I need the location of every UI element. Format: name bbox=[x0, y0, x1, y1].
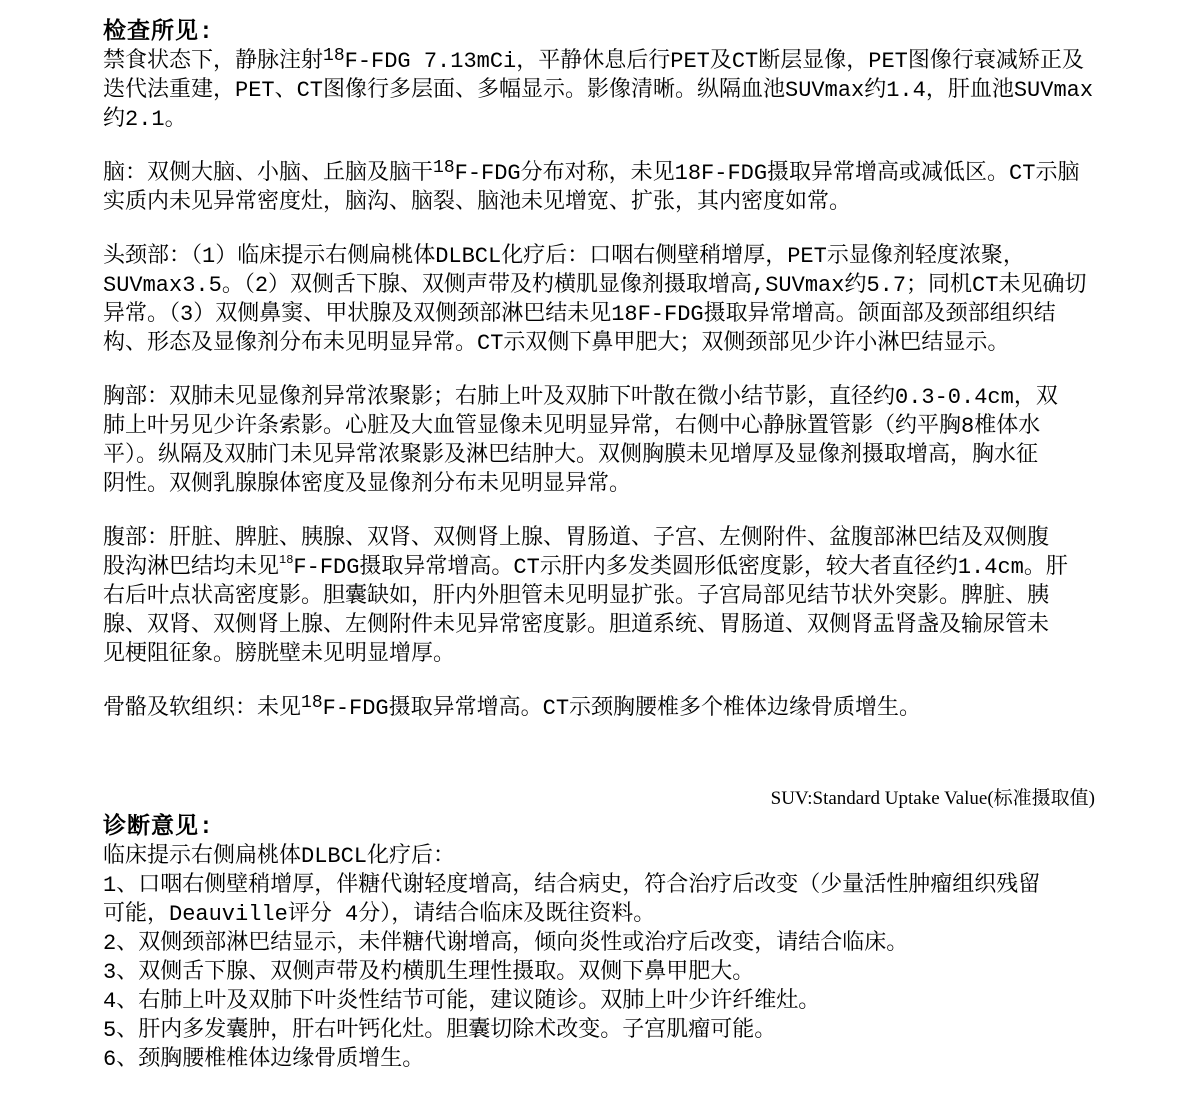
report-line: 禁食状态下，静脉注射18F-FDG 7.13mCi，平静休息后行PET及CT断层… bbox=[103, 47, 1200, 76]
report-line: SUVmax3.5。（2）双侧舌下腺、双侧声带及杓横肌显像剂摄取增高,SUVma… bbox=[103, 271, 1200, 300]
report-line: 骨骼及软组织：未见18F-FDG摄取异常增高。CT示颈胸腰椎多个椎体边缘骨质增生… bbox=[103, 694, 1200, 723]
report-line: 腹部：肝脏、脾脏、胰腺、双肾、双侧肾上腺、胃肠道、子宫、左侧附件、盆腹部淋巴结及… bbox=[103, 524, 1200, 553]
report-line: 实质内未见异常密度灶，脑沟、脑裂、脑池未见增宽、扩张，其内密度如常。 bbox=[103, 188, 1200, 217]
report-line: 肺上叶另见少许条索影。心脏及大血管显像未见明显异常，右侧中心静脉置管影（约平胸8… bbox=[103, 412, 1200, 441]
report-line: 阴性。双侧乳腺腺体密度及显像剂分布未见明显异常。 bbox=[103, 470, 1200, 499]
diagnosis-heading: 诊断意见: bbox=[103, 813, 1200, 842]
findings-heading: 检查所见: bbox=[103, 18, 1200, 47]
findings-paragraph: 脑：双侧大脑、小脑、丘脑及脑干18F-FDG分布对称，未见18F-FDG摄取异常… bbox=[103, 159, 1200, 217]
report-line: 可能，Deauville评分 4分），请结合临床及既往资料。 bbox=[103, 900, 1200, 929]
findings-body: 禁食状态下，静脉注射18F-FDG 7.13mCi，平静休息后行PET及CT断层… bbox=[103, 47, 1200, 723]
findings-paragraph: 骨骼及软组织：未见18F-FDG摄取异常增高。CT示颈胸腰椎多个椎体边缘骨质增生… bbox=[103, 694, 1200, 723]
report-line: 腺、双肾、双侧肾上腺、左侧附件未见异常密度影。胆道系统、胃肠道、双侧肾盂肾盏及输… bbox=[103, 611, 1200, 640]
report-line: 3、双侧舌下腺、双侧声带及杓横肌生理性摄取。双侧下鼻甲肥大。 bbox=[103, 958, 1200, 987]
report-line: 4、右肺上叶及双肺下叶炎性结节可能，建议随诊。双肺上叶少许纤维灶。 bbox=[103, 987, 1200, 1016]
pet-ct-report: 检查所见: 禁食状态下，静脉注射18F-FDG 7.13mCi，平静休息后行PE… bbox=[0, 0, 1200, 1074]
report-line: 构、形态及显像剂分布未见明显异常。CT示双侧下鼻甲肥大；双侧颈部见少许小淋巴结显… bbox=[103, 329, 1200, 358]
report-line: 临床提示右侧扁桃体DLBCL化疗后： bbox=[103, 842, 1200, 871]
report-line: 平）。纵隔及双肺门未见异常浓聚影及淋巴结肿大。双侧胸膜未见增厚及显像剂摄取增高，… bbox=[103, 441, 1200, 470]
suv-definition-note: SUV:Standard Uptake Value(标准摄取值) bbox=[103, 787, 1095, 811]
report-line: 头颈部：（1）临床提示右侧扁桃体DLBCL化疗后：口咽右侧壁稍增厚，PET示显像… bbox=[103, 242, 1200, 271]
report-line: 6、颈胸腰椎椎体边缘骨质增生。 bbox=[103, 1045, 1200, 1074]
findings-paragraph: 头颈部：（1）临床提示右侧扁桃体DLBCL化疗后：口咽右侧壁稍增厚，PET示显像… bbox=[103, 242, 1200, 358]
report-line: 约2.1。 bbox=[103, 105, 1200, 134]
report-line: 右后叶点状高密度影。胆囊缺如，肝内外胆管未见明显扩张。子宫局部见结节状外突影。脾… bbox=[103, 582, 1200, 611]
diagnosis-section: 诊断意见: 临床提示右侧扁桃体DLBCL化疗后：1、口咽右侧壁稍增厚，伴糖代谢轻… bbox=[103, 813, 1200, 1074]
report-line: 脑：双侧大脑、小脑、丘脑及脑干18F-FDG分布对称，未见18F-FDG摄取异常… bbox=[103, 159, 1200, 188]
report-line: 迭代法重建，PET、CT图像行多层面、多幅显示。影像清晰。纵隔血池SUVmax约… bbox=[103, 76, 1200, 105]
report-line: 股沟淋巴结均未见18F-FDG摄取异常增高。CT示肝内多发类圆形低密度影，较大者… bbox=[103, 553, 1200, 582]
findings-paragraph: 胸部：双肺未见显像剂异常浓聚影；右肺上叶及双肺下叶散在微小结节影，直径约0.3-… bbox=[103, 383, 1200, 499]
report-line: 胸部：双肺未见显像剂异常浓聚影；右肺上叶及双肺下叶散在微小结节影，直径约0.3-… bbox=[103, 383, 1200, 412]
report-line: 2、双侧颈部淋巴结显示，未伴糖代谢增高，倾向炎性或治疗后改变，请结合临床。 bbox=[103, 929, 1200, 958]
findings-paragraph: 禁食状态下，静脉注射18F-FDG 7.13mCi，平静休息后行PET及CT断层… bbox=[103, 47, 1200, 134]
report-line: 异常。（3）双侧鼻窦、甲状腺及双侧颈部淋巴结未见18F-FDG摄取异常增高。颌面… bbox=[103, 300, 1200, 329]
report-line: 1、口咽右侧壁稍增厚，伴糖代谢轻度增高，结合病史，符合治疗后改变（少量活性肿瘤组… bbox=[103, 871, 1200, 900]
report-line: 5、肝内多发囊肿，肝右叶钙化灶。胆囊切除术改变。子宫肌瘤可能。 bbox=[103, 1016, 1200, 1045]
findings-paragraph: 腹部：肝脏、脾脏、胰腺、双肾、双侧肾上腺、胃肠道、子宫、左侧附件、盆腹部淋巴结及… bbox=[103, 524, 1200, 669]
report-line: 见梗阻征象。膀胱壁未见明显增厚。 bbox=[103, 640, 1200, 669]
diagnosis-body: 临床提示右侧扁桃体DLBCL化疗后：1、口咽右侧壁稍增厚，伴糖代谢轻度增高，结合… bbox=[103, 842, 1200, 1074]
